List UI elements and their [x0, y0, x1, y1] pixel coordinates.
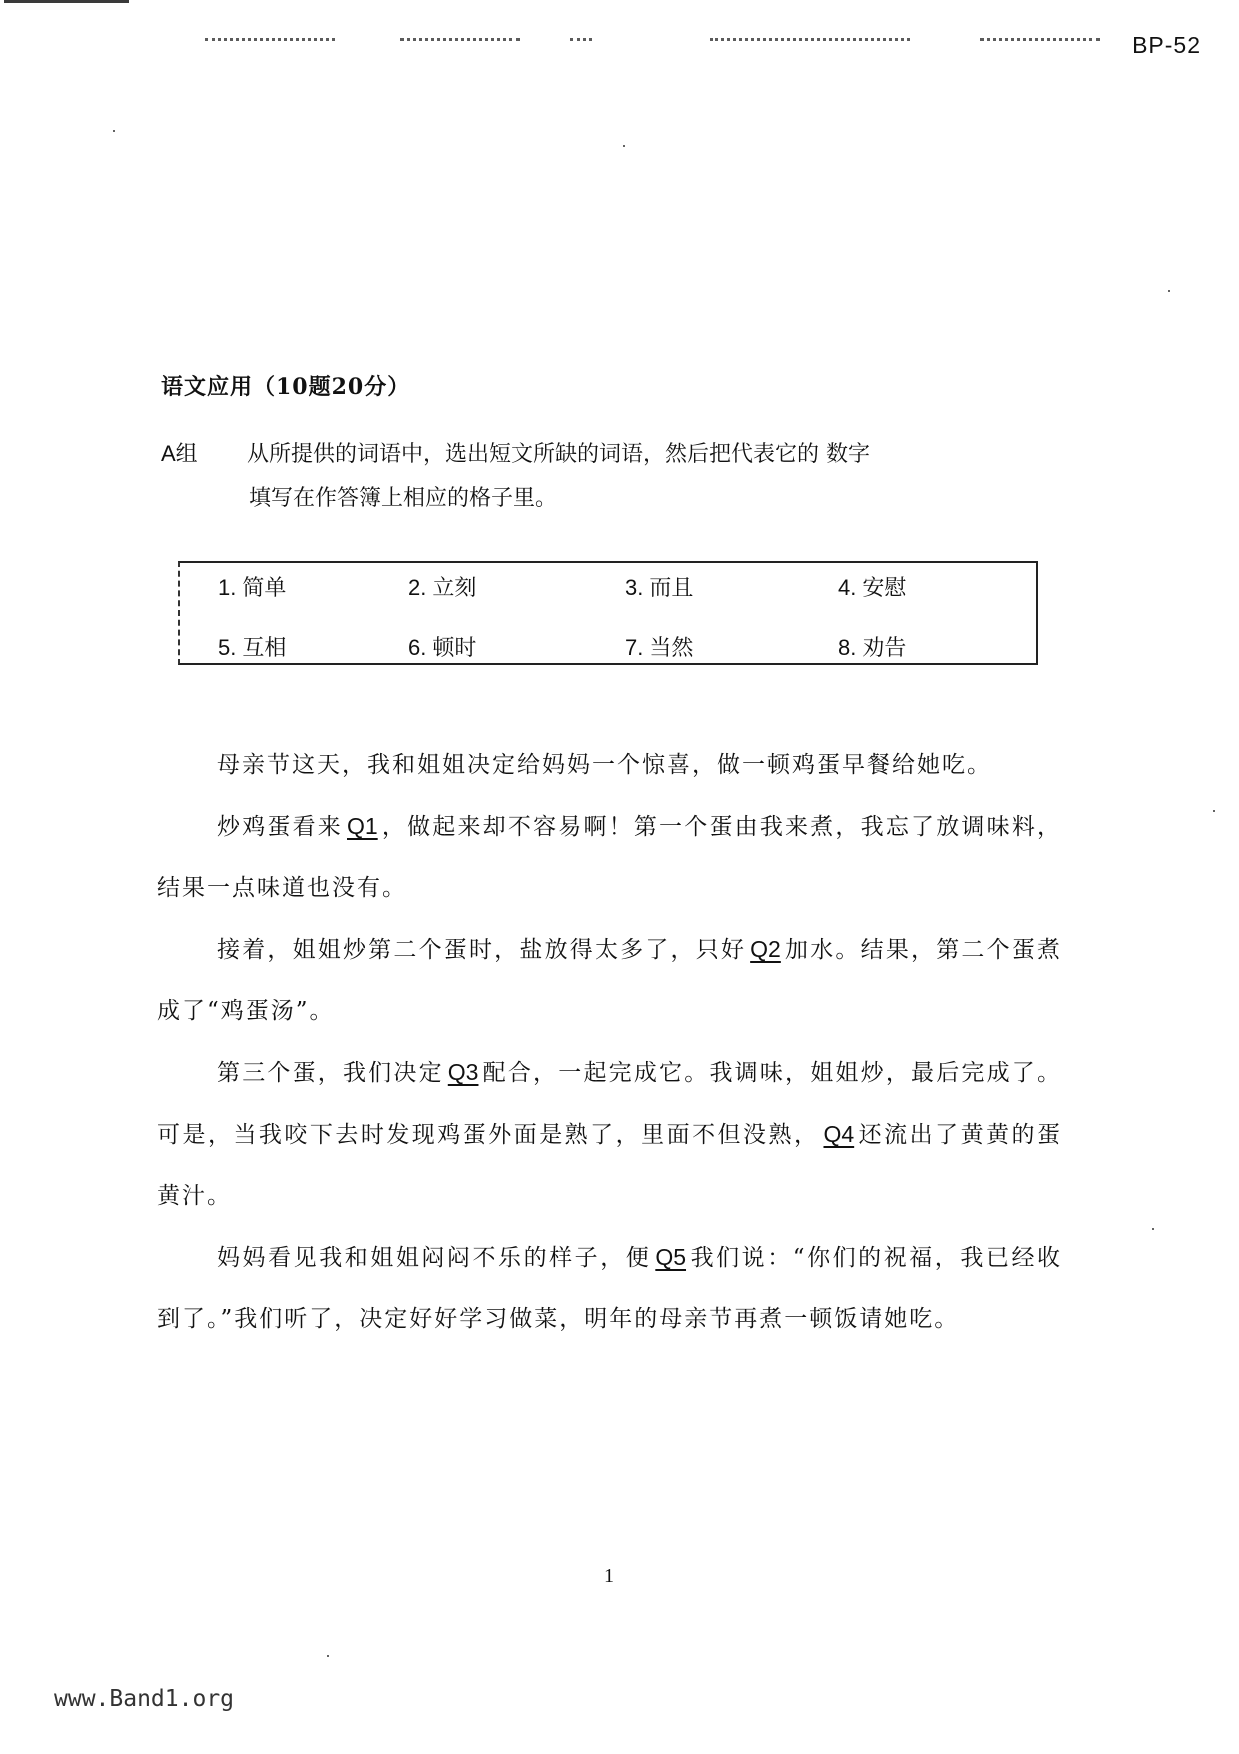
paragraph-text: 接着，姐姐炒第二个蛋时，盐放得太多了，只好 [217, 937, 746, 963]
group-label: A组 [161, 432, 247, 476]
word-text: 劝告 [862, 636, 906, 661]
instruction-line-2: 填写在作答簿上相应的格子里。 [161, 477, 1061, 521]
word-number: 3. [625, 575, 643, 600]
watermark-link[interactable]: www.Band1.org [54, 1686, 234, 1712]
word-bank-item: 8.劝告 [838, 631, 906, 662]
paragraph-text: 第三个蛋，我们决定 [217, 1060, 444, 1086]
passage-paragraph-5: 妈妈看见我和姐姐闷闷不乐的样子，便Q5我们说：“你们的祝福，我已经收到了。”我们… [157, 1227, 1062, 1350]
document-code: BP-52 [1132, 32, 1201, 59]
paragraph-text: 炒鸡蛋看来 [217, 814, 343, 840]
word-text: 安慰 [862, 576, 906, 601]
word-bank-item: 5.互相 [218, 631, 286, 662]
passage-paragraph-1: 母亲节这天，我和姐姐决定给妈妈一个惊喜，做一顿鸡蛋早餐给她吃。 [157, 735, 1062, 796]
word-number: 6. [408, 635, 426, 660]
word-text: 立刻 [432, 576, 476, 601]
word-bank-box: 1.简单 2.立刻 3.而且 4.安慰 5.互相 6.顿时 7.当然 8.劝告 [178, 561, 1038, 665]
instruction-line-1: 从所提供的词语中，选出短文所缺的词语，然后把代表它的 数字 [247, 442, 870, 467]
paragraph-text: 妈妈看见我和姐姐闷闷不乐的样子，便 [217, 1245, 651, 1271]
word-number: 5. [218, 635, 236, 660]
header-dotted-line [980, 38, 1100, 45]
passage-paragraph-2: 炒鸡蛋看来Q1，做起来却不容易啊！第一个蛋由我来煮，我忘了放调味料，结果一点味道… [157, 796, 1062, 919]
header-dotted-line [400, 38, 520, 45]
word-number: 1. [218, 575, 236, 600]
header-dotted-line [205, 38, 335, 45]
word-number: 4. [838, 575, 856, 600]
word-number: 8. [838, 635, 856, 660]
word-text: 简单 [242, 576, 286, 601]
passage-paragraph-4: 第三个蛋，我们决定Q3配合，一起完成它。我调味，姐姐炒，最后完成了。可是，当我咬… [157, 1042, 1062, 1227]
blank-q5: Q5 [651, 1244, 690, 1270]
blank-q4: Q4 [819, 1121, 858, 1147]
word-bank-item: 3.而且 [625, 571, 693, 602]
scan-speck [1152, 1228, 1154, 1230]
blank-q1: Q1 [343, 813, 382, 839]
word-text: 互相 [242, 636, 286, 661]
scan-speck [1213, 810, 1215, 812]
instruction-block: A组从所提供的词语中，选出短文所缺的词语，然后把代表它的 数字 填写在作答簿上相… [161, 432, 1061, 521]
word-bank-item: 2.立刻 [408, 571, 476, 602]
header-dotted-line [570, 38, 592, 45]
word-bank-item: 7.当然 [625, 631, 693, 662]
word-text: 而且 [649, 576, 693, 601]
passage-paragraph-3: 接着，姐姐炒第二个蛋时，盐放得太多了，只好Q2加水。结果，第二个蛋煮成了“鸡蛋汤… [157, 919, 1062, 1042]
word-bank-item: 1.简单 [218, 571, 286, 602]
word-text: 顿时 [432, 636, 476, 661]
scan-speck [113, 130, 115, 132]
scan-speck [623, 145, 625, 147]
page-number: 1 [604, 1565, 614, 1588]
passage: 母亲节这天，我和姐姐决定给妈妈一个惊喜，做一顿鸡蛋早餐给她吃。 炒鸡蛋看来Q1，… [157, 735, 1062, 1350]
word-number: 2. [408, 575, 426, 600]
scan-speck [1168, 290, 1170, 292]
word-text: 当然 [649, 636, 693, 661]
word-bank-item: 4.安慰 [838, 571, 906, 602]
blank-q3: Q3 [444, 1059, 483, 1085]
header-dotted-line [710, 38, 910, 45]
scan-speck [327, 1655, 329, 1657]
scan-artifact-bar [4, 0, 129, 3]
word-bank-item: 6.顿时 [408, 631, 476, 662]
paragraph-text: 母亲节这天，我和姐姐决定给妈妈一个惊喜，做一顿鸡蛋早餐给她吃。 [217, 752, 992, 778]
word-number: 7. [625, 635, 643, 660]
blank-q2: Q2 [746, 936, 785, 962]
section-title: 语文应用（10题20分） [161, 370, 410, 401]
